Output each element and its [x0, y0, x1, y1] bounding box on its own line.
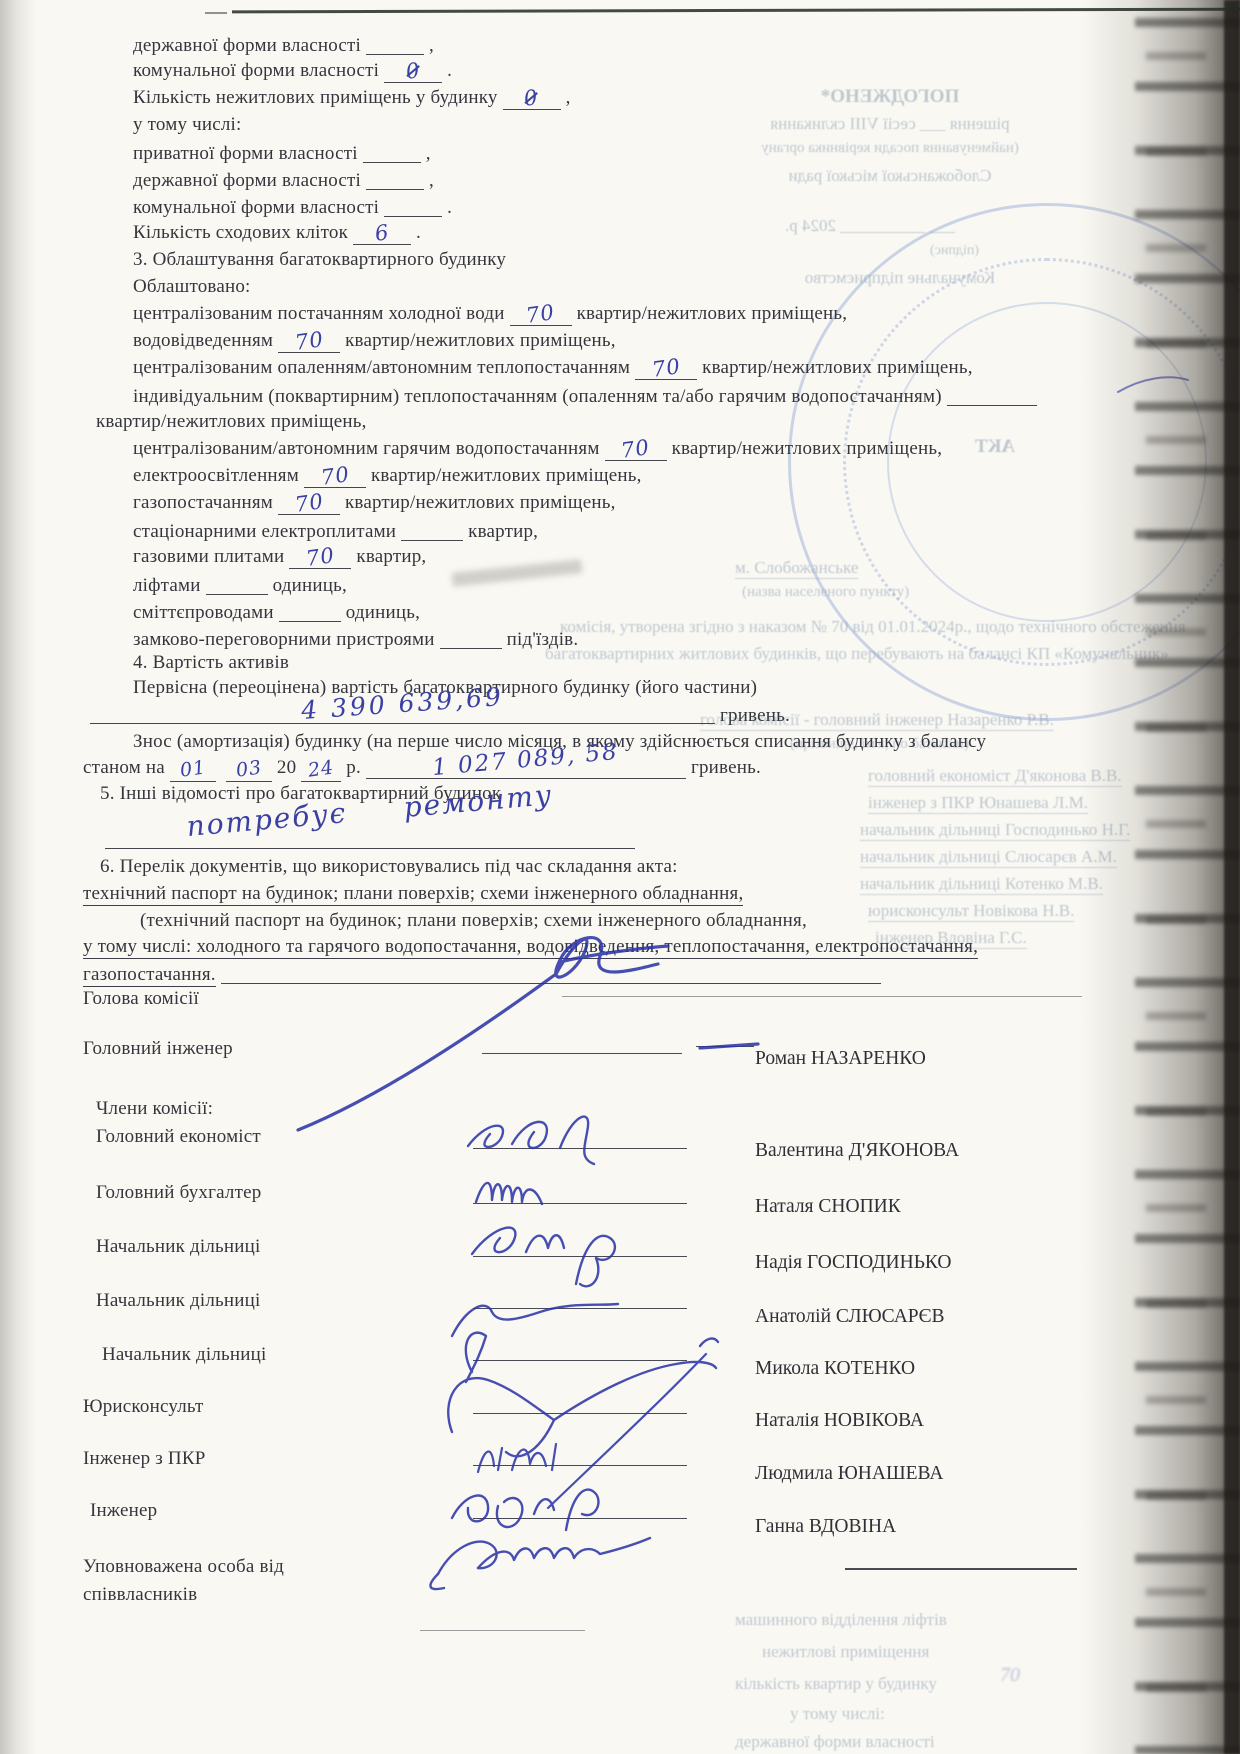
handwritten-value: 70	[293, 489, 325, 517]
signature-snopyk	[476, 1183, 542, 1204]
blank-field	[279, 600, 341, 622]
scan-edge-left	[0, 0, 36, 1754]
blank-field: 1 027 089, 58	[366, 757, 686, 779]
blank-field: 70	[289, 547, 351, 569]
form-line-communal-ownership: комунальної форми власності0.	[133, 60, 452, 83]
handwritten-value: 0	[404, 58, 422, 84]
bleedthrough-member: начальник дільниці Котенко М.В.	[860, 874, 1103, 895]
handwritten-value: 70	[525, 300, 557, 328]
form-line-central-heating: централізованим опаленням/автономним теп…	[133, 357, 973, 380]
signature-line	[473, 1256, 687, 1257]
role-section-head-1: Начальник дільниці	[96, 1236, 261, 1258]
signature-line	[482, 1053, 682, 1054]
blank-field	[947, 384, 1037, 406]
bleedthrough-line: рішення ___ сесії VIII скликання	[725, 114, 1055, 134]
handwritten-day: 01	[178, 756, 207, 781]
handwritten-value: 70	[319, 462, 351, 490]
name-novikova: Наталія НОВІКОВА	[755, 1410, 924, 1432]
name-sliusariev: Анатолій СЛЮСАРЄВ	[755, 1306, 945, 1328]
role-authorized-person: Уповноважена особа від співвласників	[83, 1553, 363, 1609]
blank-field: 70	[278, 331, 340, 353]
role-chief-accountant: Головний бухгалтер	[96, 1182, 261, 1204]
blank-field	[363, 141, 421, 163]
blank-year: 24	[301, 760, 341, 782]
handwritten-value: 70	[620, 435, 652, 463]
name-hospodynko: Надія ГОСПОДИНЬКО	[755, 1252, 952, 1274]
bleedthrough-bottom: кількість квартир у будинку	[735, 1674, 937, 1694]
signature-line	[473, 1518, 687, 1519]
signature-sliusariev	[452, 1304, 618, 1382]
signature-line	[562, 996, 1082, 997]
form-line-staircases: Кількість сходових кліток6.	[133, 222, 421, 245]
name-snopyk: Наталя СНОПИК	[755, 1196, 901, 1218]
blank-field: 0	[384, 61, 442, 83]
blank-field: 70	[605, 439, 667, 461]
form-line-initial-value-sum: 4 390 639,69гривень.	[85, 702, 790, 727]
bleedthrough-member: юрисконсульт Новікова Н.В.	[868, 901, 1074, 922]
bleedthrough-bottom: нежитлові приміщення	[762, 1642, 929, 1662]
handwritten-value: 6	[373, 220, 391, 246]
bleedthrough-member: інженер з ПКР Юнашева Л.М.	[868, 793, 1088, 814]
signature-line	[473, 1413, 687, 1414]
blank-field	[440, 627, 502, 649]
role-pkr-engineer: Інженер з ПКР	[83, 1448, 205, 1470]
form-line-individual-heating: індивідуальним (поквартирним) теплопоста…	[133, 384, 1042, 408]
section-6-heading: 6. Перелік документів, що використовувал…	[100, 856, 678, 878]
blank-field: 70	[278, 493, 340, 515]
signature-line	[845, 1568, 1077, 1570]
form-line-elevators: ліфтамиодиниць,	[133, 573, 347, 597]
blank-day: 01	[170, 760, 216, 782]
bleedthrough-line: Комунальне підприємство	[750, 268, 1050, 288]
handwritten-value: 70	[304, 543, 336, 571]
name-kotenko: Микола КОТЕНКО	[755, 1358, 915, 1380]
members-heading: Члени комісії:	[96, 1098, 213, 1120]
form-line-lighting: електроосвітленням70квартир/нежитлових п…	[133, 465, 642, 488]
signature-dyakonova	[468, 1117, 594, 1164]
handwritten-year: 24	[307, 756, 336, 781]
signature-novikova	[478, 1354, 706, 1508]
signature-kotenko	[448, 1339, 718, 1457]
bleedthrough-city: м. Слобожанське	[735, 558, 858, 579]
bleedthrough-line: Слобожанської міської ради	[745, 166, 1035, 186]
name-dyakonova: Валентина Д'ЯКОНОВА	[755, 1140, 959, 1162]
bleedthrough-bottom: у тому числі:	[790, 1704, 885, 1724]
form-line-other-info: потребує ремонту	[100, 806, 640, 849]
blank-field	[221, 962, 881, 984]
blank-field: 70	[510, 304, 572, 326]
bleedthrough-line: (найменування посади керівника органу	[710, 140, 1070, 157]
bleedthrough-handwriting: 70	[1000, 1664, 1020, 1687]
blank-field	[384, 195, 442, 217]
form-line-depreciation-sum: станом на01032024р.1 027 089, 58гривень.	[83, 757, 761, 782]
name-vdovina: Ганна ВДОВІНА	[755, 1516, 896, 1538]
signature-line	[473, 1465, 687, 1466]
name-yunasheva: Людмила ЮНАШЕВА	[755, 1463, 943, 1485]
bleedthrough-bottom: машинного відділення ліфтів	[735, 1610, 947, 1630]
signature-vdovina	[430, 1538, 650, 1589]
form-line-state-ownership: державної форми власності,	[133, 33, 434, 57]
name-nazarenko: Роман НАЗАРЕНКО	[755, 1048, 926, 1070]
scan-edge-textlines2	[1146, 52, 1206, 1754]
signature-yunasheva	[452, 1490, 598, 1530]
role-section-head-2: Начальник дільниці	[96, 1290, 261, 1312]
role-chief-economist: Головний економіст	[96, 1126, 261, 1148]
form-line-gas-stoves: газовими плитами70квартир,	[133, 546, 426, 569]
scanned-act-page: ПОГОДЖЕНО* рішення ___ сесії VIII склика…	[0, 0, 1240, 1754]
role-legal-adviser: Юрисконсульт	[83, 1396, 204, 1418]
form-line-nonresidential-count: Кількість нежитлових приміщень у будинку…	[133, 87, 571, 110]
form-line-gas-supply: газопостачанням70квартир/нежитлових прим…	[133, 492, 616, 515]
form-line-cold-water: централізованим постачанням холодної вод…	[133, 303, 847, 326]
bleedthrough-hint: (назва населеного пункту)	[742, 584, 909, 601]
blank-field	[206, 573, 268, 595]
role-section-head-3: Начальник дільниці	[102, 1344, 267, 1366]
signature-dash	[696, 1046, 754, 1047]
bleedthrough-member: начальник дільниці Слюсарєв А.М.	[860, 847, 1117, 868]
blank-month: 03	[226, 760, 272, 782]
handwritten-month: 03	[234, 756, 263, 781]
handwritten-value: 70	[293, 327, 325, 355]
form-line-private-ownership: приватної форми власності,	[133, 141, 431, 165]
form-line-documents3: газопостачання.	[83, 962, 886, 986]
blank-field: 70	[635, 358, 697, 380]
form-line-electric-stoves: стаціонарними електроплитамиквартир,	[133, 519, 538, 543]
scan-smudge	[452, 559, 583, 587]
bleedthrough-approved: ПОГОДЖЕНО*	[800, 86, 980, 108]
signature-line	[473, 1360, 687, 1361]
form-line-sewerage: водовідведенням70квартир/нежитлових прим…	[133, 330, 616, 353]
form-line-intercoms: замково-переговорними пристроямипід'їзді…	[133, 627, 578, 651]
blank-field: 4 390 639,69	[90, 702, 715, 724]
bleedthrough-bottom: державної форми власності	[735, 1732, 935, 1752]
signature-line	[473, 1148, 687, 1149]
bleedthrough-order2: багатоквартирних житлових будинків, що п…	[545, 644, 1169, 664]
bleedthrough-akt: АКТ	[975, 436, 1015, 458]
blank-field	[366, 168, 424, 190]
role-chief-engineer: Головний інженер	[83, 1038, 233, 1060]
form-line-state-ownership2: державної форми власності,	[133, 168, 434, 192]
bleedthrough-line: ___ __________ 2024 р.	[740, 216, 1000, 236]
form-line-documents: технічний паспорт на будинок; плани пове…	[83, 883, 743, 905]
form-line-garbage-chutes: сміттєпроводамиодиниць,	[133, 600, 420, 624]
form-line: Облаштовано:	[133, 276, 251, 298]
section-4-heading: 4. Вартість активів	[133, 652, 289, 674]
blank-field: 0	[503, 88, 561, 110]
role-chair: Голова комісії	[83, 988, 199, 1010]
bleedthrough-line: (підпис)	[930, 243, 979, 259]
role-engineer: Інженер	[90, 1500, 157, 1522]
signature-line	[420, 1630, 585, 1631]
form-line-hot-water: централізованим/автономним гарячим водоп…	[133, 438, 942, 461]
form-line-continuation: квартир/нежитлових приміщень,	[96, 411, 367, 433]
scan-edge-dark	[1224, 0, 1240, 1754]
form-line-documents-hint: (технічний паспорт на будинок; плани пов…	[140, 910, 807, 932]
form-line-documents2: у тому числі: холодного та гарячого водо…	[83, 936, 978, 958]
blank-field	[401, 519, 463, 541]
blank-field: 6	[353, 223, 411, 245]
signature-line	[473, 1308, 687, 1309]
scan-top-fold-dash	[205, 12, 227, 14]
blank-field	[366, 33, 424, 55]
signature-line	[473, 1203, 687, 1204]
form-line: у тому числі:	[133, 114, 242, 136]
section-3-heading: 3. Облаштування багатоквартирного будинк…	[133, 249, 506, 271]
handwritten-value: 0	[523, 85, 541, 111]
form-line-communal-ownership2: комунальної форми власності.	[133, 195, 452, 219]
blank-field: 70	[304, 466, 366, 488]
handwritten-value: 70	[650, 354, 682, 382]
blank-field: потребує ремонту	[105, 806, 635, 849]
